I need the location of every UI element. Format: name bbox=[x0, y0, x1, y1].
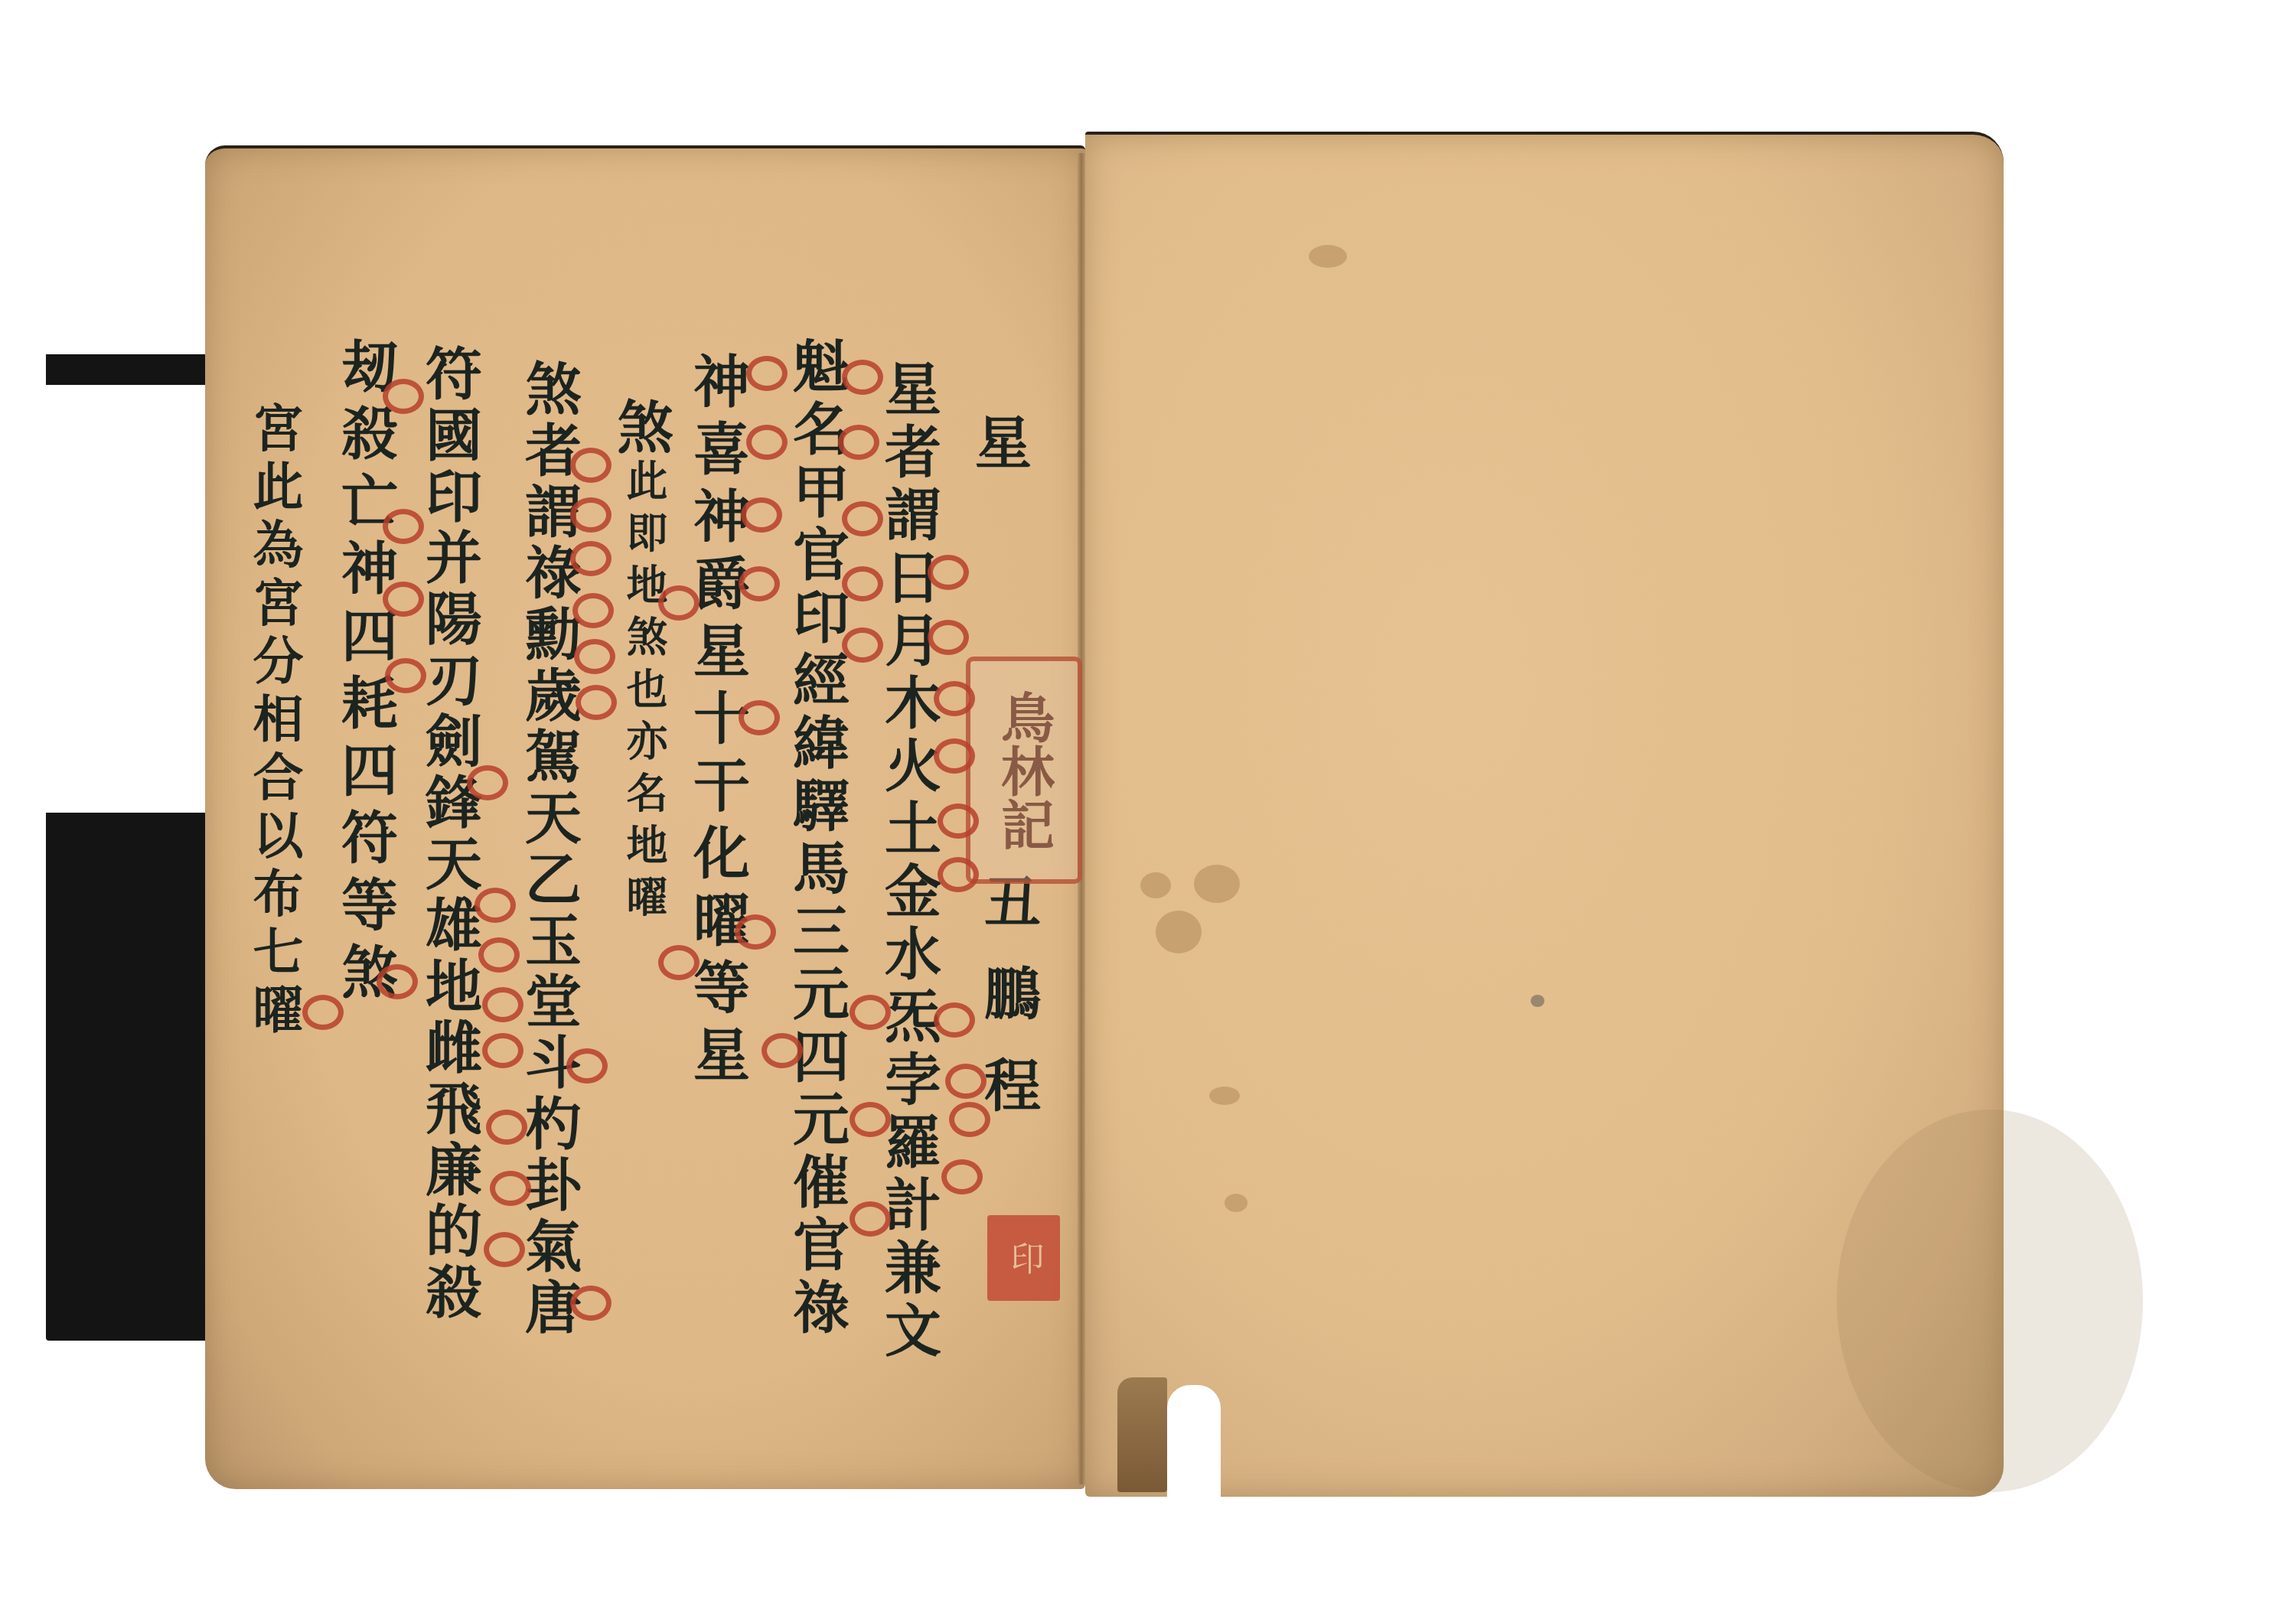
red-punctuation-circle bbox=[486, 1110, 527, 1145]
red-punctuation-circle bbox=[658, 585, 700, 621]
red-punctuation-circle bbox=[739, 700, 780, 735]
red-punctuation-circle bbox=[302, 995, 344, 1030]
red-punctuation-circle bbox=[842, 360, 883, 395]
red-punctuation-circle bbox=[467, 765, 508, 800]
red-punctuation-circle bbox=[850, 1201, 891, 1237]
red-punctuation-circle bbox=[383, 379, 424, 414]
red-punctuation-circle bbox=[576, 685, 617, 720]
red-punctuation-circle bbox=[478, 937, 520, 973]
red-punctuation-circle bbox=[842, 566, 883, 601]
red-punctuation-circle bbox=[570, 497, 612, 533]
text-column-5-heading: 煞 bbox=[612, 398, 669, 458]
red-punctuation-circle bbox=[850, 1102, 891, 1137]
stain bbox=[1156, 911, 1202, 953]
torn-corner bbox=[1117, 1377, 1167, 1492]
red-punctuation-circle bbox=[490, 1171, 531, 1206]
left-edge-tab-top bbox=[46, 354, 207, 385]
red-punctuation-circle bbox=[739, 566, 780, 601]
page-notch bbox=[1167, 1385, 1221, 1500]
stain bbox=[1837, 1110, 2143, 1492]
red-punctuation-circle bbox=[484, 1232, 525, 1267]
red-punctuation-circle bbox=[570, 541, 612, 576]
author-name: 丑鵬程 bbox=[980, 872, 1036, 1148]
red-punctuation-circle bbox=[658, 945, 700, 980]
stain bbox=[1140, 872, 1171, 898]
red-punctuation-circle bbox=[934, 1002, 975, 1038]
red-punctuation-circle bbox=[762, 1033, 803, 1068]
stain bbox=[1309, 245, 1347, 268]
collector-seal: 鳥林記 bbox=[966, 657, 1082, 884]
red-punctuation-circle bbox=[741, 497, 782, 533]
red-punctuation-circle bbox=[938, 857, 979, 892]
red-punctuation-circle bbox=[838, 425, 879, 460]
red-punctuation-circle bbox=[850, 995, 891, 1030]
stain bbox=[1531, 995, 1544, 1007]
red-punctuation-circle bbox=[383, 582, 424, 617]
red-punctuation-circle bbox=[385, 658, 426, 693]
name-seal: 印 bbox=[987, 1215, 1060, 1301]
red-punctuation-circle bbox=[574, 639, 615, 674]
red-punctuation-circle bbox=[735, 914, 776, 950]
red-punctuation-circle bbox=[482, 987, 523, 1022]
stain bbox=[1225, 1194, 1247, 1212]
red-punctuation-circle bbox=[949, 1102, 990, 1137]
text-column-5-note: 此即地煞也亦名地曜 bbox=[624, 459, 665, 927]
red-punctuation-circle bbox=[928, 620, 969, 655]
red-punctuation-circle bbox=[746, 356, 788, 391]
stain bbox=[1209, 1087, 1240, 1105]
red-punctuation-circle bbox=[842, 627, 883, 663]
red-punctuation-circle bbox=[945, 1064, 987, 1099]
red-punctuation-circle bbox=[570, 1286, 612, 1321]
red-punctuation-circle bbox=[475, 888, 516, 923]
red-punctuation-circle bbox=[934, 738, 975, 774]
text-column-4: 神喜神爵星十干化曜等星 bbox=[689, 352, 745, 1093]
red-punctuation-circle bbox=[941, 1159, 983, 1194]
left-edge-tab-block bbox=[46, 813, 207, 1341]
red-punctuation-circle bbox=[934, 681, 975, 716]
red-punctuation-circle bbox=[572, 593, 614, 628]
red-punctuation-circle bbox=[746, 425, 788, 460]
red-punctuation-circle bbox=[377, 964, 418, 999]
text-column-9: 宮此為宮分相合以布七曜 bbox=[249, 402, 299, 1041]
red-punctuation-circle bbox=[842, 501, 883, 536]
red-punctuation-circle bbox=[383, 509, 424, 544]
red-punctuation-circle bbox=[570, 448, 612, 483]
red-punctuation-circle bbox=[566, 1048, 608, 1084]
text-column-7: 符國印并陽刃劍鋒天雄地雌飛廉的殺 bbox=[421, 344, 478, 1324]
red-punctuation-circle bbox=[938, 803, 979, 839]
stain bbox=[1194, 865, 1240, 903]
red-punctuation-circle bbox=[482, 1033, 523, 1068]
text-column-3: 魁名甲官印經緯驛馬三元四元催官祿 bbox=[788, 337, 845, 1341]
red-punctuation-circle bbox=[928, 555, 969, 590]
section-heading-star: 星 bbox=[970, 413, 1027, 473]
